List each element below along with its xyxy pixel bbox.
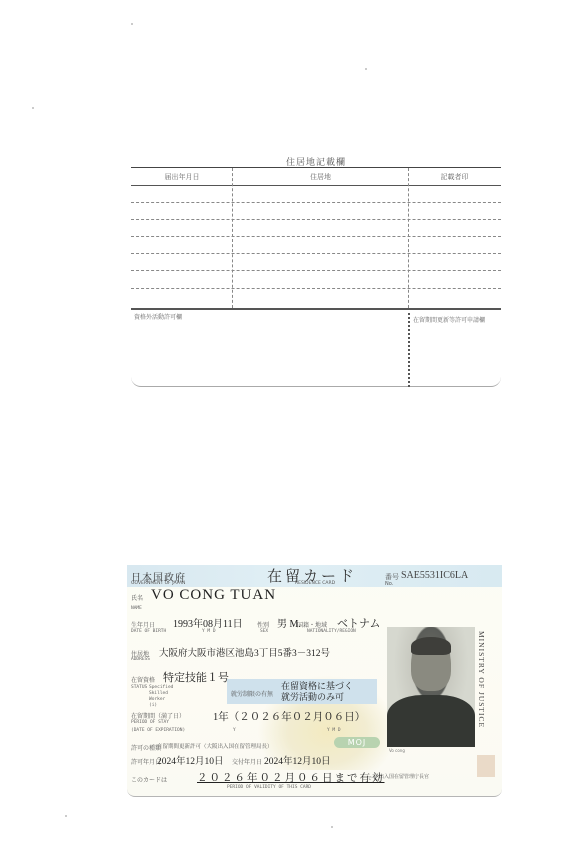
validity-value: ２０２６年０２月０６日まで有効 [197,770,385,785]
scan-speck [131,23,133,25]
nationality-label: 国籍・地域 [297,620,327,629]
column-divider [232,168,233,308]
renewal-application-label: 在留期間更新等許可申請欄 [413,315,485,324]
scan-speck [32,107,34,109]
card-number-label-en: No. [385,581,393,587]
card-front: 日本国政府 GOVERNMENT OF JAPAN 在留カード RESIDENC… [127,565,502,797]
status-label-en: STATUS [131,685,147,690]
table-row-line [131,288,501,289]
address-label-en: ADDRESS [131,657,150,662]
moj-hologram: MOJ [334,737,380,748]
status-value: 特定技能１号 [163,669,229,685]
ministry-of-justice-label: MINISTRY OF JUSTICE [477,631,486,728]
column-divider [408,168,409,308]
section-divider [131,308,501,310]
dob-ymd: Y M D [202,629,216,634]
permission-type-value: 在留期間更新許可（大阪出入国在留管理局長） [157,742,273,750]
sex-label-en: SEX [260,629,268,634]
table-row-line [131,270,501,271]
card-back: 住居地記載欄 届出年月日 住居地 記載者印 資格外活動許可欄 在留期間更新等許可… [131,155,501,387]
table-row-line [131,202,501,203]
table-row-line [131,236,501,237]
permission-date-value: 2024年12月10日 [157,753,224,767]
validity-label-en: PERIOD OF VALIDITY OF THIS CARD [227,785,311,790]
issued-date-label: 交付年月日 [232,757,262,766]
column-seal: 記載者印 [408,168,501,185]
column-address: 住居地 [233,168,408,185]
work-permission-label: 資格外活動許可欄 [134,312,182,321]
status-label: 在留資格 [131,675,155,684]
card-title-en: RESIDENCE CARD [295,581,335,586]
card-number: SAE5531IC6LA [401,570,468,581]
photo-shoulders [387,695,475,747]
dob-value: 1993年08月11日 [173,615,243,630]
section-vertical-divider [408,308,410,387]
issued-date-value: 2024年12月10日 [264,753,331,767]
sex-label: 性別 [257,620,269,629]
period-label: 在留期間（満了日） [131,711,185,720]
period-label-en: PERIOD OF STAY [131,720,169,725]
period-value: 1年（２０２６年０２月０６日） [213,709,365,724]
scan-speck [65,815,67,817]
expiration-label-en: (DATE OF EXPIRATION) [131,728,185,733]
issuer-title: 出入国在留管理庁長官 [379,773,429,780]
address-value: 大阪府大阪市港区池島3丁目5番3－312号 [159,645,330,659]
scan-speck [331,826,333,828]
official-seal-icon [477,755,495,777]
status-detail-en: Specified Skilled Worker (i) [149,685,173,709]
name-label-en: NAME [131,606,142,611]
period-y: Y [233,728,236,733]
work-restriction-label: 就労制限の有無 [231,689,273,698]
table-header: 届出年月日 住居地 記載者印 [131,168,501,186]
dob-label: 生年月日 [131,620,155,629]
photo-signature: Vo cong [389,748,405,753]
column-date: 届出年月日 [131,168,233,185]
government-label-en: GOVERNMENT OF JAPAN [131,581,185,586]
name-label: 氏名 [131,593,143,602]
nationality-label-en: NATIONALITY/REGION [307,629,356,634]
period-ymd: Y M D [327,728,341,733]
validity-label: このカードは [131,775,167,784]
holder-photo [387,627,475,747]
photo-hair [411,637,451,655]
table-row-line [131,219,501,220]
scan-speck [365,68,367,70]
name-value: VO CONG TUAN [151,587,276,604]
work-restriction-value: 在留資格に基づく 就労活動のみ可 [281,681,353,703]
table-row-line [131,253,501,254]
dob-label-en: DATE OF BIRTH [131,629,166,634]
